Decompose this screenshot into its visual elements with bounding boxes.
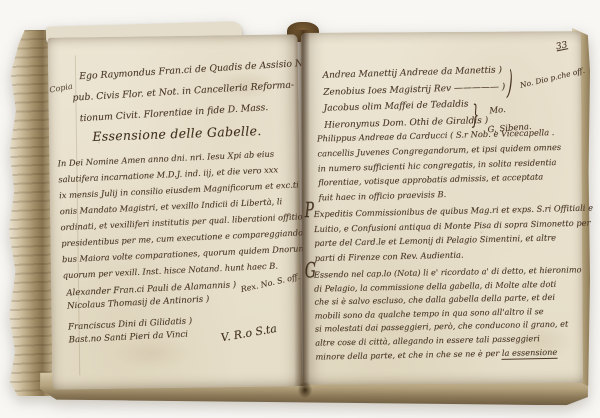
left-intro-block: Ego Raymondus Fran.ci de Quadis de Assis…	[79, 54, 294, 129]
right-body-block: Philippus Andreae da Carducci ( S.r Nob.…	[317, 125, 575, 206]
book-cover-edge-left	[8, 30, 52, 396]
line-start: minore della parte, et che in che se ne …	[315, 347, 502, 361]
name-list-block: Andrea Manettij Andreae da Manettis ) Ze…	[322, 60, 576, 134]
manuscript-photo: Copia Ego Raymondus Fran.ci de Quadis de…	[0, 0, 600, 418]
page-number: 33	[555, 40, 568, 52]
paragraph-block: P Expeditis Commissionibus de quibus Mag…	[314, 201, 575, 265]
marginal-annotation: Mo.	[489, 105, 506, 116]
brace-flourish: }	[471, 99, 479, 130]
signature-block: Alexander Fran.ci Pauli de Alamannis ) N…	[66, 276, 295, 346]
paragraph-block: G Essendo nel cap.lo (Nota) li e' ricord…	[314, 263, 578, 363]
left-page: Copia Ego Raymondus Fran.ci de Quadis de…	[48, 34, 303, 389]
gutter-shadow	[294, 30, 310, 386]
gutter-ink-spot	[298, 382, 312, 398]
margin-note: Copia	[49, 82, 74, 95]
open-book: Copia Ego Raymondus Fran.ci de Quadis de…	[6, 18, 592, 402]
right-page: 33 Andrea Manettij Andreae da Manettis )…	[301, 31, 583, 385]
left-body-block: In Dei Nomine Amen anno dni. nri. Iesu X…	[57, 145, 297, 283]
underlined-phrase: la essensione	[502, 346, 558, 359]
